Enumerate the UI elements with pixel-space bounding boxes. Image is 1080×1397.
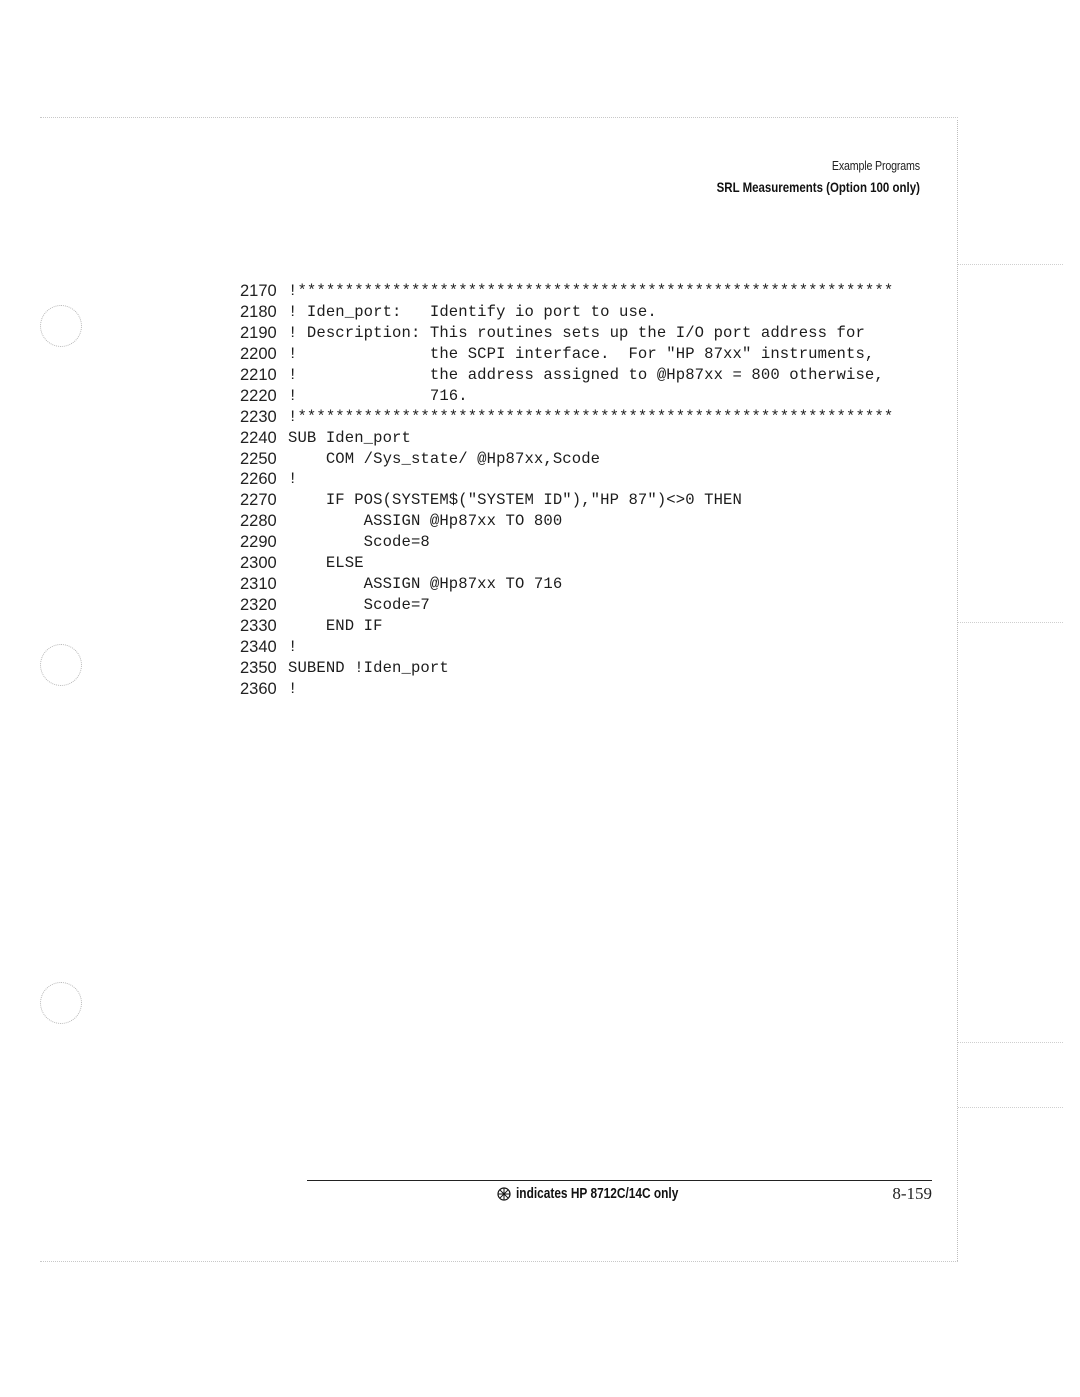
line-number: 2280 bbox=[240, 511, 288, 532]
line-text: Scode=7 bbox=[288, 595, 430, 616]
code-line: 2240SUB Iden_port bbox=[240, 428, 893, 449]
hp-8712c-14c-symbol-icon bbox=[497, 1187, 511, 1201]
line-text: ! the SCPI interface. For "HP 87xx" inst… bbox=[288, 344, 874, 365]
line-text: !***************************************… bbox=[288, 407, 893, 428]
code-line: 2360! bbox=[240, 679, 893, 700]
line-number: 2310 bbox=[240, 574, 288, 595]
line-text: ASSIGN @Hp87xx TO 800 bbox=[288, 511, 562, 532]
line-number: 2350 bbox=[240, 658, 288, 679]
line-text: ! the address assigned to @Hp87xx = 800 … bbox=[288, 365, 884, 386]
line-text: IF POS(SYSTEM$("SYSTEM ID"),"HP 87")<>0 … bbox=[288, 490, 742, 511]
line-text: ! bbox=[288, 679, 297, 700]
code-line: 2200! the SCPI interface. For "HP 87xx" … bbox=[240, 344, 893, 365]
line-number: 2250 bbox=[240, 449, 288, 470]
line-number: 2210 bbox=[240, 365, 288, 386]
code-line: 2270 IF POS(SYSTEM$("SYSTEM ID"),"HP 87"… bbox=[240, 490, 893, 511]
scan-edge-right bbox=[957, 120, 958, 1261]
line-number: 2270 bbox=[240, 490, 288, 511]
line-number: 2330 bbox=[240, 616, 288, 637]
line-number: 2340 bbox=[240, 637, 288, 658]
subsection-title: SRL Measurements (Option 100 only) bbox=[717, 176, 920, 198]
running-header: Example Programs SRL Measurements (Optio… bbox=[672, 156, 920, 198]
code-line: 2220! 716. bbox=[240, 386, 893, 407]
line-number: 2260 bbox=[240, 469, 288, 490]
tab-mark bbox=[958, 622, 1063, 623]
code-line: 2250 COM /Sys_state/ @Hp87xx,Scode bbox=[240, 449, 893, 470]
punch-hole bbox=[40, 305, 82, 347]
footer-note: indicates HP 8712C/14C only bbox=[497, 1186, 714, 1202]
footer-note-text: indicates HP 8712C/14C only bbox=[516, 1186, 678, 1202]
line-text: !***************************************… bbox=[288, 281, 893, 302]
line-text: ! Description: This routines sets up the… bbox=[288, 323, 865, 344]
tab-mark bbox=[958, 1042, 1063, 1043]
line-number: 2190 bbox=[240, 323, 288, 344]
section-title: Example Programs bbox=[717, 156, 920, 176]
line-text: ! Iden_port: Identify io port to use. bbox=[288, 302, 657, 323]
code-line: 2320 Scode=7 bbox=[240, 595, 893, 616]
line-number: 2230 bbox=[240, 407, 288, 428]
line-number: 2290 bbox=[240, 532, 288, 553]
tab-mark bbox=[958, 1107, 1063, 1108]
scan-edge-top bbox=[40, 117, 958, 118]
code-line: 2300 ELSE bbox=[240, 553, 893, 574]
code-line: 2210! the address assigned to @Hp87xx = … bbox=[240, 365, 893, 386]
line-text: ! 716. bbox=[288, 386, 468, 407]
line-text: ELSE bbox=[288, 553, 364, 574]
line-number: 2200 bbox=[240, 344, 288, 365]
line-number: 2170 bbox=[240, 281, 288, 302]
tab-mark bbox=[958, 264, 1063, 265]
line-number: 2320 bbox=[240, 595, 288, 616]
scan-edge-bottom bbox=[40, 1261, 958, 1262]
code-line: 2330 END IF bbox=[240, 616, 893, 637]
line-number: 2240 bbox=[240, 428, 288, 449]
punch-hole bbox=[40, 982, 82, 1024]
code-line: 2190! Description: This routines sets up… bbox=[240, 323, 893, 344]
line-text: COM /Sys_state/ @Hp87xx,Scode bbox=[288, 449, 600, 470]
punch-hole bbox=[40, 644, 82, 686]
code-line: 2280 ASSIGN @Hp87xx TO 800 bbox=[240, 511, 893, 532]
code-line: 2260! bbox=[240, 469, 893, 490]
code-line: 2340! bbox=[240, 637, 893, 658]
page-number: 8-159 bbox=[892, 1184, 932, 1204]
line-number: 2220 bbox=[240, 386, 288, 407]
footer-rule bbox=[307, 1180, 932, 1181]
code-line: 2170!***********************************… bbox=[240, 281, 893, 302]
code-line: 2180! Iden_port: Identify io port to use… bbox=[240, 302, 893, 323]
line-text: ! bbox=[288, 637, 297, 658]
line-text: ! bbox=[288, 469, 297, 490]
line-text: ASSIGN @Hp87xx TO 716 bbox=[288, 574, 562, 595]
code-line: 2290 Scode=8 bbox=[240, 532, 893, 553]
line-text: Scode=8 bbox=[288, 532, 430, 553]
code-line: 2350SUBEND !Iden_port bbox=[240, 658, 893, 679]
code-listing: 2170!***********************************… bbox=[240, 281, 893, 700]
line-number: 2180 bbox=[240, 302, 288, 323]
code-line: 2310 ASSIGN @Hp87xx TO 716 bbox=[240, 574, 893, 595]
line-text: SUB Iden_port bbox=[288, 428, 411, 449]
line-number: 2360 bbox=[240, 679, 288, 700]
code-line: 2230!***********************************… bbox=[240, 407, 893, 428]
line-number: 2300 bbox=[240, 553, 288, 574]
line-text: END IF bbox=[288, 616, 383, 637]
line-text: SUBEND !Iden_port bbox=[288, 658, 449, 679]
